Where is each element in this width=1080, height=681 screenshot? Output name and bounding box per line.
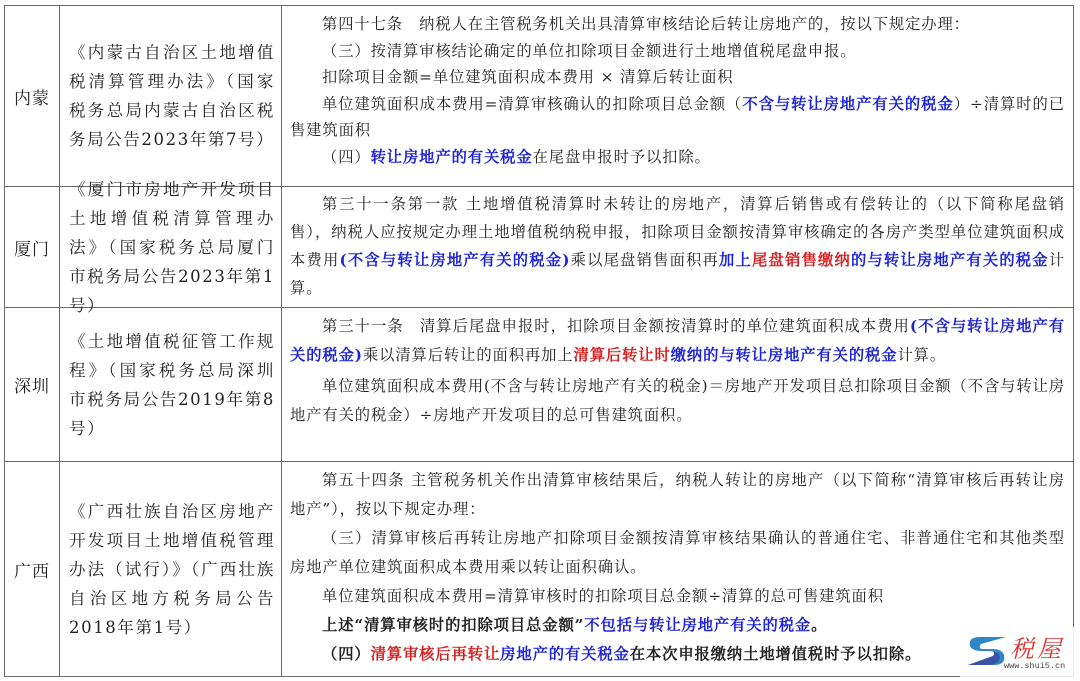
provision-text: （四） [322, 148, 371, 166]
provision-cell: 第五十四条 主管税务机关作出清算审核结果后，纳税人转让的房地产（以下简称“清算审… [282, 462, 1073, 676]
provision-paragraph: （四）清算审核后再转让房地产的有关税金在本次申报缴纳土地增值税时予以扣除。 [290, 640, 1065, 669]
region-cell: 深圳 [5, 308, 60, 461]
region-cell: 厦门 [5, 187, 60, 307]
provision-text: 在尾盘申报时予以扣除。 [533, 148, 711, 166]
highlight-blue: (不含与转让房地产有关的税金) [339, 251, 570, 269]
watermark: 税屋 www.shui5.cn [960, 627, 1080, 677]
provision-paragraph: 第三十一条第一款 土地增值税清算时未转让的房地产，清算后销售或有偿转让的（以下简… [290, 190, 1065, 302]
provision-paragraph: 上述“清算审核时的扣除项目总金额”不包括与转让房地产有关的税金。 [290, 611, 1065, 640]
provision-text: 第四十七条 纳税人在主管税务机关出具清算审核结论后转让房地产的，按以下规定办理： [322, 15, 970, 33]
provision-paragraph: （四）转让房地产的有关税金在尾盘申报时予以扣除。 [290, 144, 1065, 171]
shui5-s-logo-icon [966, 633, 1008, 669]
source-text: 《厦门市房地产开发项目土地增值税清算管理办法》（国家税务总局厦门市税务局公告20… [69, 175, 275, 320]
highlight-blue: 转让房地产的有关税金 [371, 148, 533, 166]
formula-text: 单位建筑面积成本费用=清算审核确认的扣除项目总金额（ [322, 95, 742, 113]
table-row-neimeng: 内蒙 《内蒙古自治区土地增值税清算管理办法》（国家税务总局内蒙古自治区税务局公告… [5, 6, 1073, 187]
provision-text: 乘以清算后转让的面积再加上 [363, 346, 574, 364]
provision-text: 第五十四条 主管税务机关作出清算审核结果后，纳税人转让的房地产（以下简称“清算审… [290, 471, 1065, 518]
formula-text: 扣除项目金额=单位建筑面积成本费用 × 清算后转让面积 [322, 68, 734, 86]
region-cell: 广西 [5, 462, 60, 676]
region-label: 内蒙 [14, 84, 50, 109]
source-text: 《广西壮族自治区房地产开发项目土地增值税管理办法（试行）》（广西壮族自治区地方税… [69, 497, 275, 642]
source-text: 《内蒙古自治区土地增值税清算管理办法》（国家税务总局内蒙古自治区税务局公告202… [69, 38, 275, 154]
source-cell: 《厦门市房地产开发项目土地增值税清算管理办法》（国家税务总局厦门市税务局公告20… [59, 187, 282, 307]
highlight-blue: 房地产的有关税金 [500, 645, 630, 663]
highlight-blue: 不包括与转让房地产有关的税金 [584, 616, 811, 634]
provision-paragraph: （三）按清算审核结论确定的单位扣除项目金额进行土地增值税尾盘申报。 [290, 38, 1065, 65]
provision-text: 上述“清算审核时的扣除项目总金额” [322, 616, 584, 634]
highlight-red: 清算审核后再转让 [371, 645, 501, 663]
provision-text: （三）按清算审核结论确定的单位扣除项目金额进行土地增值税尾盘申报。 [322, 42, 857, 60]
provision-paragraph: 单位建筑面积成本费用=清算审核时的扣除项目总金额÷清算的总可售建筑面积 [290, 582, 1065, 611]
provision-paragraph: 单位建筑面积成本费用(不含与转让房地产有关的税金)＝房地产开发项目总扣除项目金额… [290, 372, 1065, 430]
source-text: 《土地增值税征管工作规程》（国家税务总局深圳市税务局公告2019年第8号） [69, 327, 275, 443]
source-cell: 《土地增值税征管工作规程》（国家税务总局深圳市税务局公告2019年第8号） [59, 308, 282, 461]
region-label: 广西 [14, 557, 50, 582]
provision-text: （三）清算审核后再转让房地产扣除项目金额按清算审核结果确认的普通住宅、非普通住宅… [290, 529, 1065, 576]
highlight-red: 清算后转让时 [574, 346, 671, 364]
highlight-blue: 不含与转让房地产有关的税金 [742, 95, 953, 113]
provision-text: 在本次申报缴纳土地增值税时予以扣除。 [630, 645, 922, 663]
source-cell: 《内蒙古自治区土地增值税清算管理办法》（国家税务总局内蒙古自治区税务局公告202… [59, 6, 282, 186]
provision-text: 第三十一条 清算后尾盘申报时，扣除项目金额按清算时的单位建筑面积成本费用 [322, 317, 910, 335]
provision-cell: 第三十一条第一款 土地增值税清算时未转让的房地产，清算后销售或有偿转让的（以下简… [282, 187, 1073, 307]
watermark-url: www.shui5.cn [1004, 661, 1065, 671]
table-row-shenzhen: 深圳 《土地增值税征管工作规程》（国家税务总局深圳市税务局公告2019年第8号）… [5, 308, 1073, 462]
provision-paragraph: 单位建筑面积成本费用=清算审核确认的扣除项目总金额（不含与转让房地产有关的税金）… [290, 91, 1065, 144]
source-cell: 《广西壮族自治区房地产开发项目土地增值税管理办法（试行）》（广西壮族自治区地方税… [59, 462, 282, 676]
region-label: 厦门 [14, 235, 50, 260]
table-row-xiamen: 厦门 《厦门市房地产开发项目土地增值税清算管理办法》（国家税务总局厦门市税务局公… [5, 187, 1073, 308]
formula-text: 单位建筑面积成本费用=清算审核时的扣除项目总金额÷清算的总可售建筑面积 [322, 587, 884, 605]
regulation-comparison-table: 内蒙 《内蒙古自治区土地增值税清算管理办法》（国家税务总局内蒙古自治区税务局公告… [4, 5, 1074, 677]
provision-text: 。 [811, 616, 827, 634]
table-row-guangxi: 广西 《广西壮族自治区房地产开发项目土地增值税管理办法（试行）》（广西壮族自治区… [5, 462, 1073, 676]
formula-text: 单位建筑面积成本费用(不含与转让房地产有关的税金)＝房地产开发项目总扣除项目金额… [290, 377, 1065, 424]
highlight-blue: 的与转让房地产有关的税金 [851, 251, 1049, 269]
region-cell: 内蒙 [5, 6, 60, 186]
region-label: 深圳 [14, 372, 50, 397]
highlight-blue: 加上 [719, 251, 752, 269]
highlight-red: 尾盘销售缴纳 [752, 251, 851, 269]
highlight-blue: 缴纳的与转让房地产有关的税金 [671, 346, 898, 364]
provision-paragraph: 第三十一条 清算后尾盘申报时，扣除项目金额按清算时的单位建筑面积成本费用(不含与… [290, 312, 1065, 370]
provision-paragraph: 第四十七条 纳税人在主管税务机关出具清算审核结论后转让房地产的，按以下规定办理： [290, 11, 1065, 38]
watermark-text: 税屋 [1010, 629, 1064, 664]
provision-cell: 第三十一条 清算后尾盘申报时，扣除项目金额按清算时的单位建筑面积成本费用(不含与… [282, 308, 1073, 461]
provision-cell: 第四十七条 纳税人在主管税务机关出具清算审核结论后转让房地产的，按以下规定办理：… [282, 6, 1073, 186]
provision-text: （四） [322, 645, 371, 663]
provision-text: 计算。 [897, 346, 946, 364]
provision-paragraph: 扣除项目金额=单位建筑面积成本费用 × 清算后转让面积 [290, 64, 1065, 91]
provision-paragraph: （三）清算审核后再转让房地产扣除项目金额按清算审核结果确认的普通住宅、非普通住宅… [290, 524, 1065, 582]
provision-paragraph: 第五十四条 主管税务机关作出清算审核结果后，纳税人转让的房地产（以下简称“清算审… [290, 466, 1065, 524]
provision-text: 乘以尾盘销售面积再 [570, 251, 719, 269]
